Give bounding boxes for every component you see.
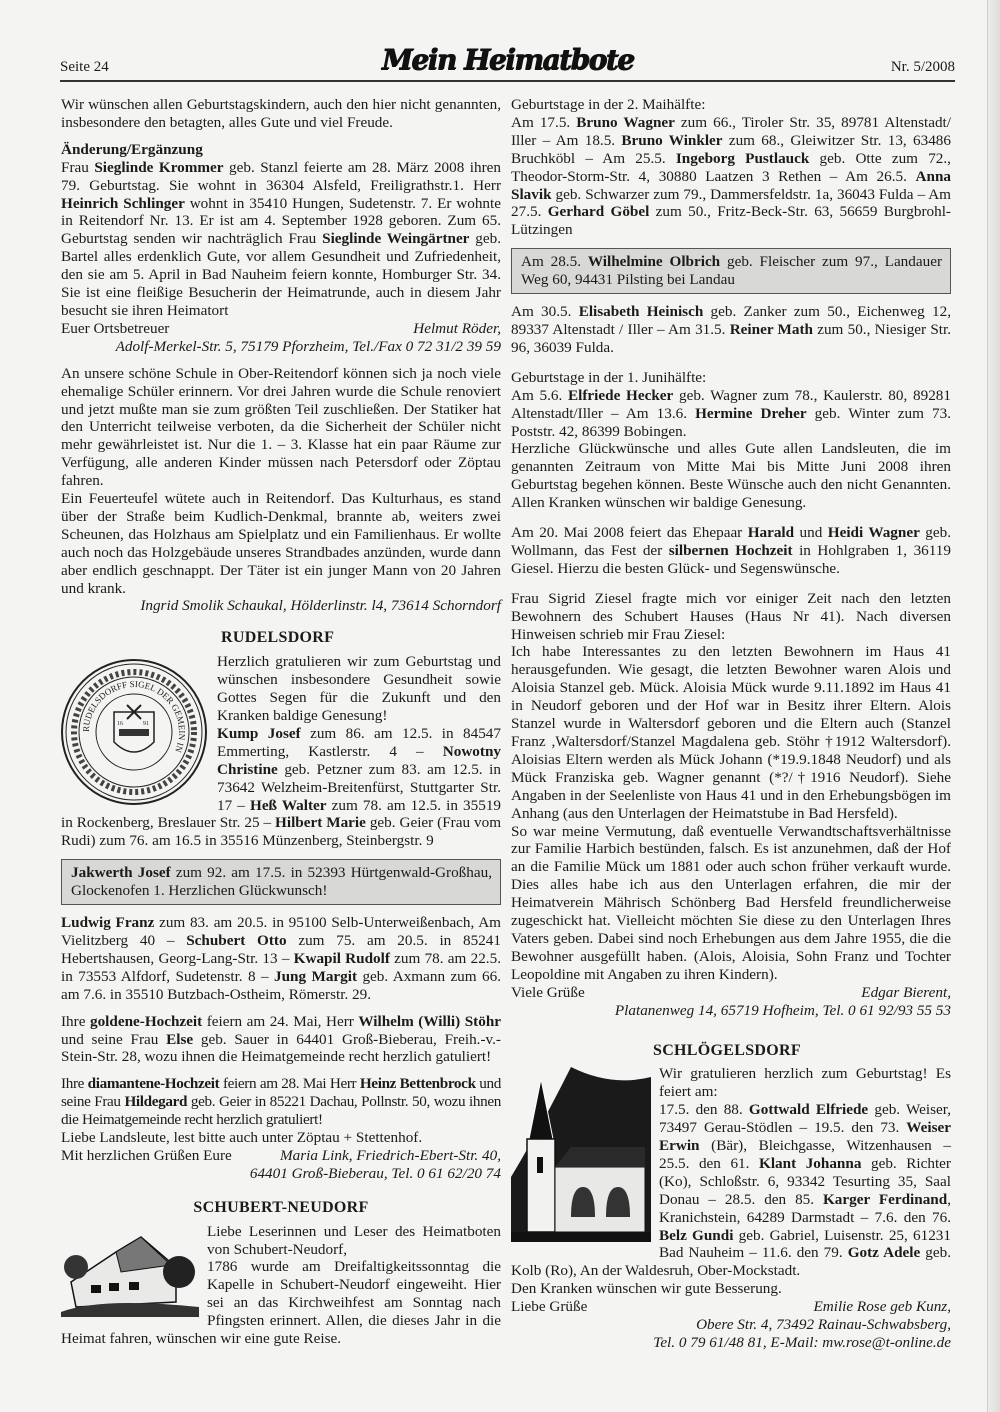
signature-rose-address: Obere Str. 4, 73492 Rainau-Schwabsberg, (511, 1316, 951, 1334)
ziesel-intro: Frau Sigrid Ziesel fragte mich vor einig… (511, 590, 951, 644)
signature-roeder: Euer OrtsbetreuerHelmut Röder, (61, 320, 501, 338)
rudelsdorf-birthdays-2: Ludwig Franz zum 83. am 20.5. in 95100 S… (61, 914, 501, 1004)
diamond-wedding-paragraph: Ihre diamantene-Hochzeit feiern am 28. M… (61, 1075, 501, 1129)
rudelsdorf-seal-image: RUDELSDORFF SIGEL DER GEMEIN IN 16 91 (61, 653, 209, 812)
signature-rose: Liebe GrüßeEmilie Rose geb Kunz, (511, 1298, 951, 1316)
landsleute-note: Liebe Landsleute, lest bitte auch unter … (61, 1129, 501, 1147)
highlight-box-jakwerth: Jakwerth Josef zum 92. am 17.5. in 52393… (61, 859, 501, 905)
golden-wedding-paragraph: Ihre goldene-Hochzeit feiern am 24. Mai,… (61, 1013, 501, 1067)
june-first-half-list: Am 5.6. Elfriede Hecker geb. Wagner zum … (511, 387, 951, 441)
church-icon (511, 1067, 651, 1242)
may-second-half-heading: Geburtstage in der 2. Maihälfte: (511, 96, 951, 114)
seal-icon: RUDELSDORFF SIGEL DER GEMEIN IN 16 91 (59, 657, 209, 807)
signature-smolik: Ingrid Smolik Schaukal, Hölderlinstr. l4… (61, 597, 501, 615)
signature-link-address: 64401 Groß-Bieberau, Tel. 0 61 62/20 74 (61, 1165, 501, 1183)
wishes-paragraph: Herzliche Glückwünsche und alles Gute al… (511, 440, 951, 512)
right-column: Geburtstage in der 2. Maihälfte: Am 17.5… (511, 96, 951, 1352)
change-heading: Änderung/Ergänzung (61, 141, 501, 159)
page-number: Seite 24 (60, 59, 109, 76)
farmhouse-icon (61, 1227, 199, 1317)
change-paragraph: Frau Sieglinde Krommer geb. Stanzl feier… (61, 159, 501, 320)
section-title-schubert-neudorf: SCHUBERT-NEUDORF (61, 1199, 501, 1217)
ziesel-conclusion: So war meine Vermutung, daß eventuelle V… (511, 823, 951, 984)
signature-rose-contact: Tel. 0 79 61/48 81, E-Mail: mw.rose@t-on… (511, 1334, 951, 1352)
page-edge (987, 0, 1000, 1412)
svg-text:91: 91 (143, 721, 149, 727)
signature-bierent: Viele GrüßeEdgar Bierent, (511, 984, 951, 1002)
section-title-schloegelsdorf: SCHLÖGELSDORF (511, 1042, 951, 1060)
fire-paragraph: Ein Feuerteufel wütete auch in Reitendor… (61, 490, 501, 597)
silver-wedding-paragraph: Am 20. Mai 2008 feiert das Ehepaar Haral… (511, 524, 951, 578)
may-end-list: Am 30.5. Elisabeth Heinisch geb. Zanker … (511, 303, 951, 357)
signature-bierent-address: Platanenweg 14, 65719 Hofheim, Tel. 0 61… (511, 1002, 951, 1020)
header-rule (60, 80, 955, 82)
signature-link: Mit herzlichen Grüßen EureMaria Link, Fr… (61, 1147, 501, 1165)
may-second-half-list: Am 17.5. Bruno Wagner zum 66., Tiroler S… (511, 114, 951, 239)
svg-text:RUDELSDORFF SIGEL DER GEMEIN I: RUDELSDORFF SIGEL DER GEMEIN IN (81, 679, 187, 754)
highlight-box-olbrich: Am 28.5. Wilhelmine Olbrich geb. Fleisch… (511, 248, 951, 294)
newspaper-logo: Mein Heimatbote (382, 43, 634, 76)
schloegelsdorf-church-image (511, 1065, 651, 1247)
ziesel-letter: Ich habe Interessantes zu den letzten Be… (511, 643, 951, 822)
intro-paragraph: Wir wünschen allen Geburtstagskindern, a… (61, 96, 501, 132)
svg-text:16: 16 (117, 721, 123, 727)
school-paragraph: An unsere schöne Schule in Ober-Reitendo… (61, 365, 501, 490)
page-header: Seite 24 Mein Heimatbote Nr. 5/2008 (60, 20, 955, 82)
sick-wishes: Den Kranken wünschen wir gute Besserung. (511, 1280, 951, 1298)
left-column: Wir wünschen allen Geburtstagskindern, a… (61, 96, 501, 1348)
issue-number: Nr. 5/2008 (891, 59, 955, 76)
schubert-house-image (61, 1223, 199, 1322)
june-first-half-heading: Geburtstage in der 1. Junihälfte: (511, 369, 951, 387)
signature-roeder-address: Adolf-Merkel-Str. 5, 75179 Pforzheim, Te… (61, 338, 501, 356)
section-title-rudelsdorf: RUDELSDORF (61, 629, 501, 647)
